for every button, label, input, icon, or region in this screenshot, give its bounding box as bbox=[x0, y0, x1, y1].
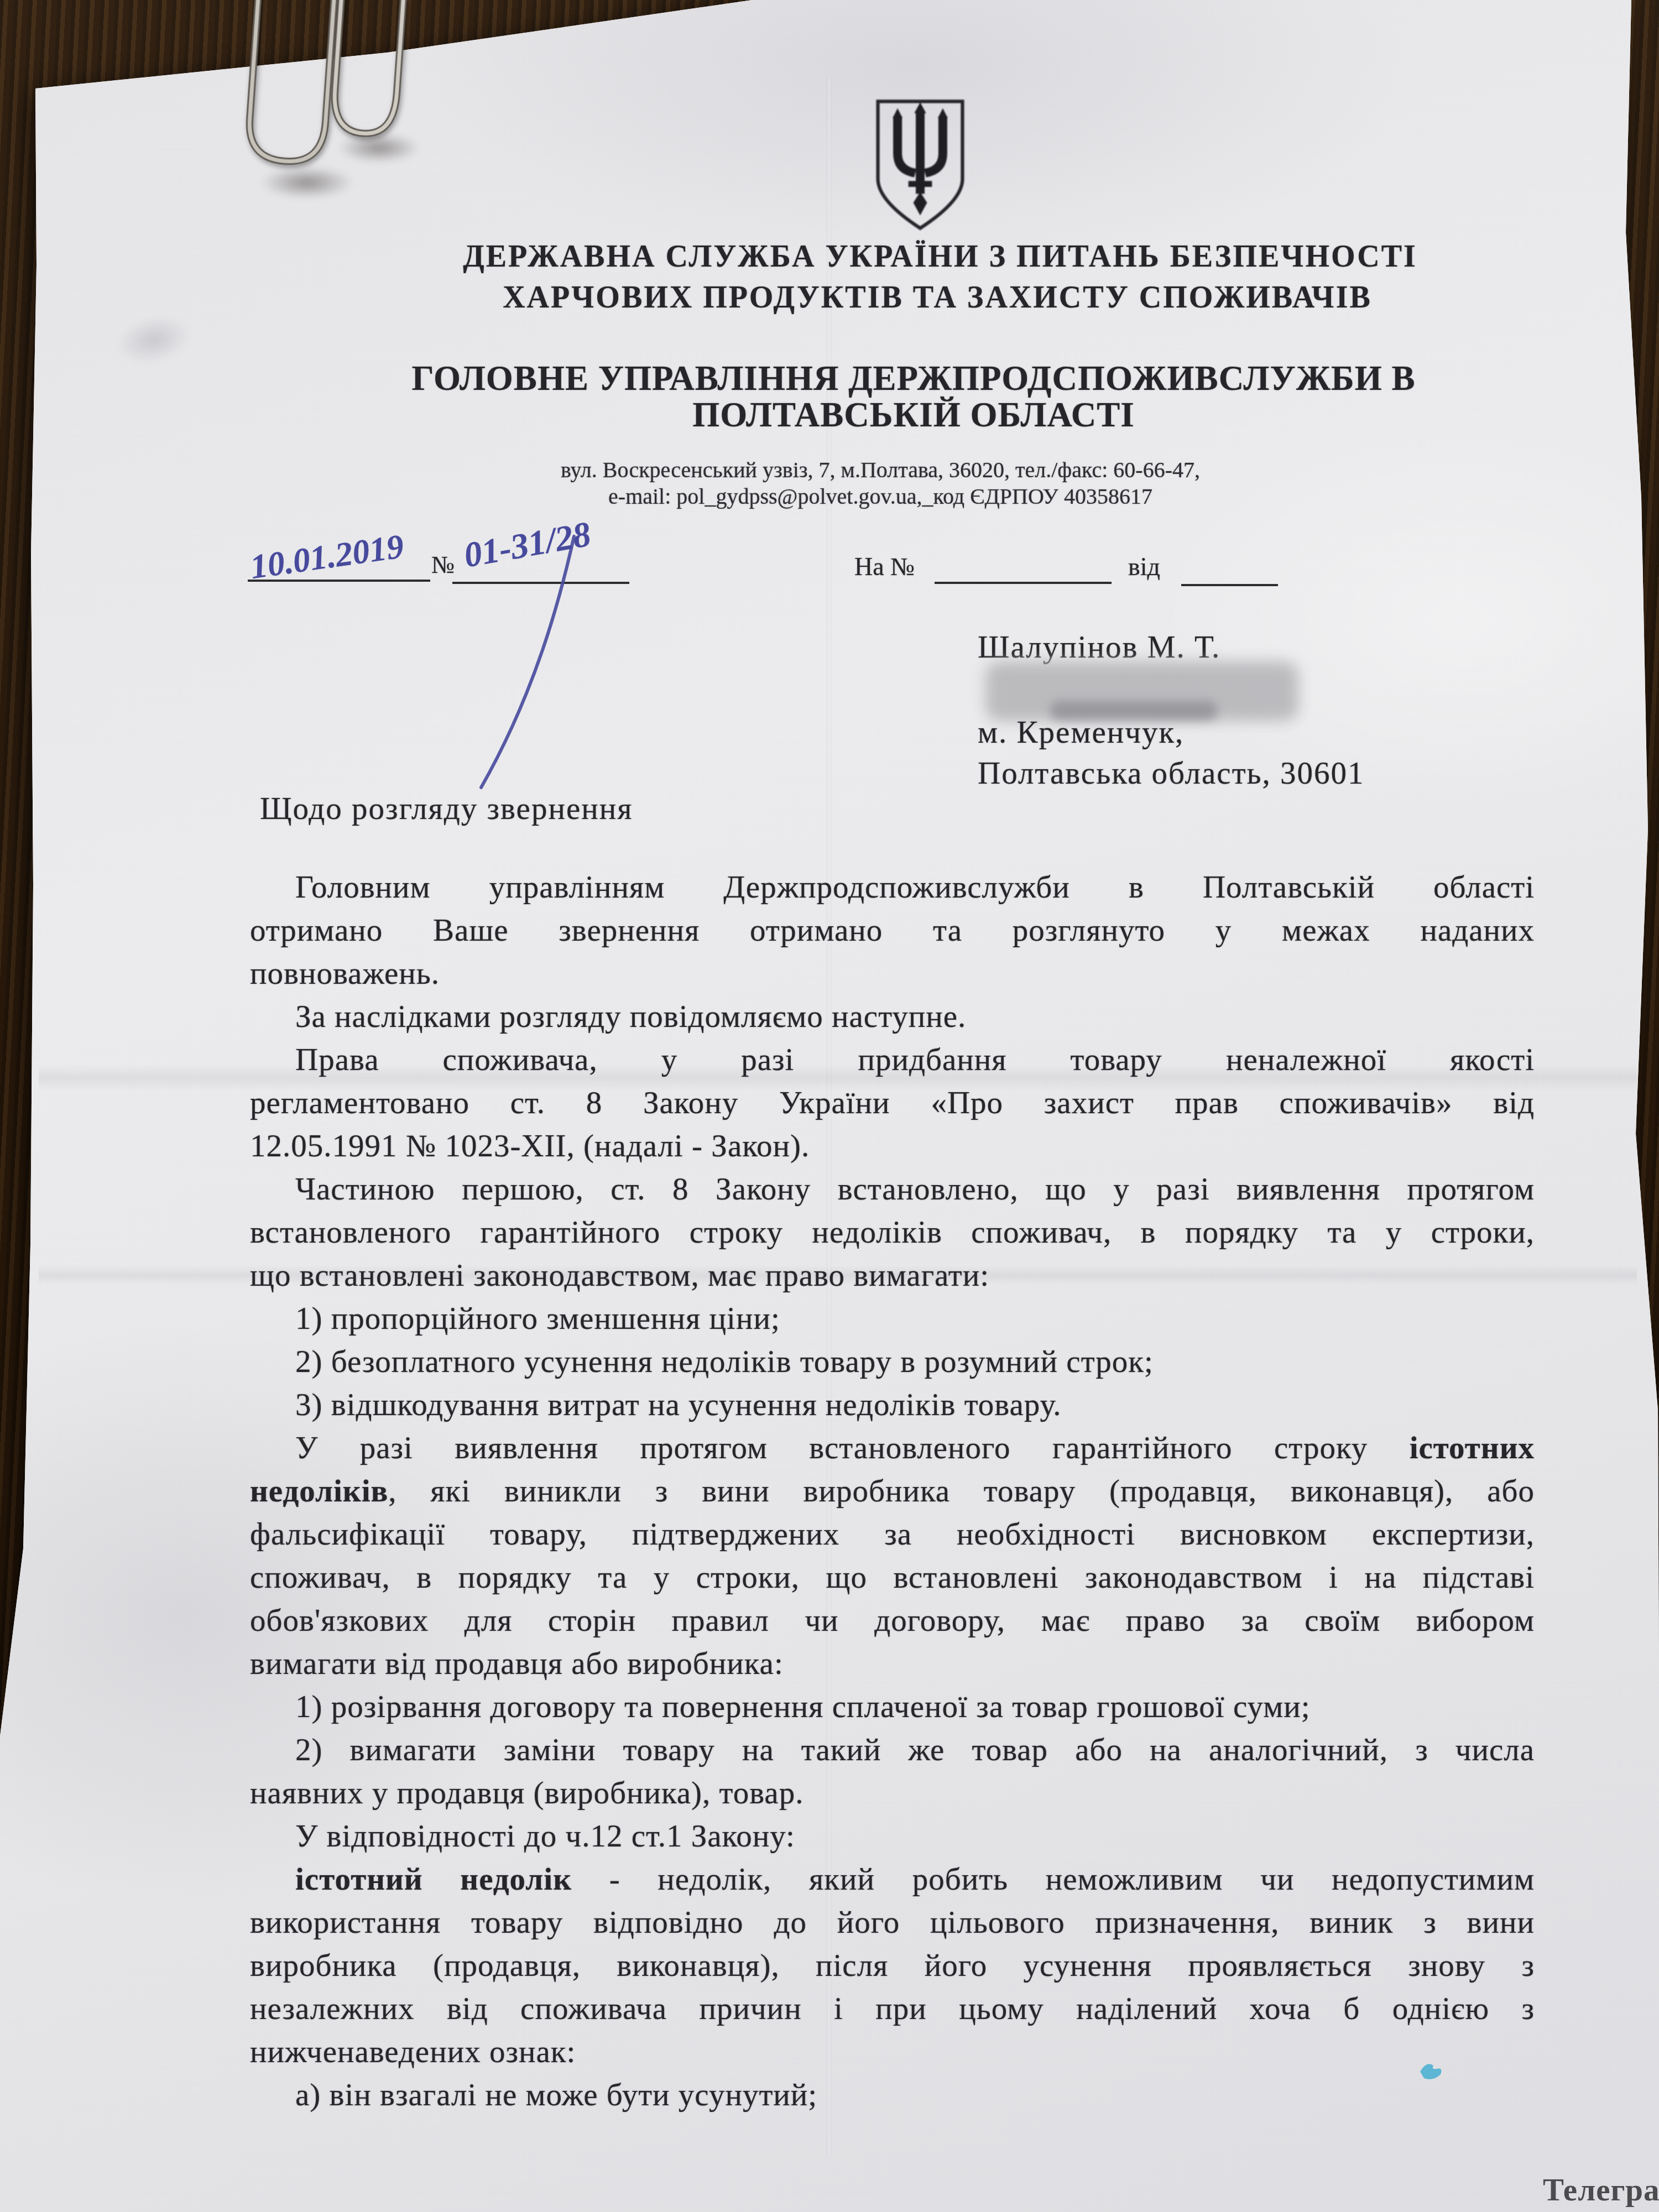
body-line: використання товару відповідно до його ц… bbox=[250, 1901, 1535, 1944]
recipient-name: Шалупінов М. Т. bbox=[978, 629, 1220, 665]
paper-smudge bbox=[111, 307, 197, 372]
body-line: фальсифікації товару, підтверджених за н… bbox=[250, 1513, 1535, 1556]
body-line: істотний недолік - недолік, який робить … bbox=[250, 1858, 1535, 1901]
address-line: вул. Воскресенський узвіз, 7, м.Полтава,… bbox=[561, 457, 1200, 483]
photo-background: { "letterhead": { "emblem_icon": "ukrain… bbox=[0, 0, 1659, 2212]
body-line: У разі виявлення протягом встановленого … bbox=[250, 1427, 1535, 1470]
recipient-region: Полтавська область, 30601 bbox=[978, 755, 1365, 791]
body-line: а) він взагалі не може бути усунутий; bbox=[250, 2074, 1535, 2117]
body-line: 2) безоплатного усунення недоліків товар… bbox=[250, 1340, 1535, 1384]
body-line: що встановлені законодавством, має право… bbox=[250, 1254, 1535, 1297]
org-name-line2: ХАРЧОВИХ ПРОДУКТІВ ТА ЗАХИСТУ СПОЖИВАЧІВ bbox=[503, 280, 1372, 315]
body-line: 12.05.1991 № 1023-XII, (надалі - Закон). bbox=[250, 1125, 1535, 1168]
on-number-underline bbox=[935, 582, 1112, 584]
from-label: від bbox=[1128, 552, 1160, 581]
body-line: повноважень. bbox=[250, 952, 1535, 995]
body-line: наявних у продавця (виробника), товар. bbox=[250, 1772, 1535, 1815]
body-line: вимагати від продавця або виробника: bbox=[250, 1642, 1535, 1686]
body-line: споживач, в порядку та у строки, що вста… bbox=[250, 1556, 1535, 1599]
number-sign-label: № bbox=[431, 551, 455, 579]
paper-sheet: ДЕРЖАВНА СЛУЖБА УКРАЇНИ З ПИТАНЬ БЕЗПЕЧН… bbox=[0, 0, 1659, 2212]
body-line: встановленого гарантійного строку недолі… bbox=[250, 1211, 1535, 1254]
body-line: Головним управлінням Держпродспоживслужб… bbox=[250, 866, 1535, 909]
date-underline bbox=[248, 580, 430, 582]
body-line: регламентовано ст. 8 Закону України «Про… bbox=[250, 1082, 1535, 1125]
pen-stroke bbox=[469, 526, 585, 797]
body-line: У відповідності до ч.12 ст.1 Закону: bbox=[250, 1815, 1535, 1858]
department-line1: ГОЛОВНЕ УПРАВЛІННЯ ДЕРЖПРОДСПОЖИВСЛУЖБИ … bbox=[412, 358, 1416, 399]
subject-line: Щодо розгляду звернення bbox=[260, 791, 633, 827]
body-line: незалежних від споживача причин і при ць… bbox=[250, 1987, 1535, 2031]
ukraine-trident-icon bbox=[871, 98, 969, 231]
blue-ink-mark bbox=[1417, 2058, 1446, 2084]
email-edrpou-line: e-mail: pol_gydpss@polvet.gov.ua,_код ЄД… bbox=[608, 483, 1152, 509]
body-line: 1) розірвання договору та повернення спл… bbox=[250, 1686, 1535, 1729]
paper-shadow: ДЕРЖАВНА СЛУЖБА УКРАЇНИ З ПИТАНЬ БЕЗПЕЧН… bbox=[0, 0, 1659, 2212]
body-line: обов'язкових для сторін правил чи догово… bbox=[250, 1599, 1535, 1642]
body-line: отримано Ваше звернення отримано та розг… bbox=[250, 909, 1535, 952]
department-line2: ПОЛТАВСЬКІЙ ОБЛАСТІ bbox=[692, 395, 1135, 435]
body-line: 1) пропорційного зменшення ціни; bbox=[250, 1297, 1535, 1340]
body-line: Частиною першою, ст. 8 Закону встановлен… bbox=[250, 1168, 1535, 1211]
on-number-label: На № bbox=[854, 552, 915, 581]
paper-clip-icon bbox=[213, 0, 418, 202]
body-line: нижченаведених ознак: bbox=[250, 2031, 1535, 2074]
org-name-line1: ДЕРЖАВНА СЛУЖБА УКРАЇНИ З ПИТАНЬ БЕЗПЕЧН… bbox=[463, 239, 1417, 274]
recipient-city: м. Кременчук, bbox=[978, 714, 1184, 750]
body-line: 2) вимагати заміни товару на такий же то… bbox=[250, 1729, 1535, 1772]
from-underline bbox=[1181, 584, 1278, 586]
body-line: Права споживача, у разі придбання товару… bbox=[250, 1039, 1535, 1082]
handwritten-date: 10.01.2019 bbox=[248, 527, 406, 587]
watermark: ТелеграфЪ bbox=[1543, 2172, 1659, 2208]
body-line: недоліків, які виникли з вини виробника … bbox=[250, 1470, 1535, 1513]
body-line: За наслідками розгляду повідомляємо наст… bbox=[250, 995, 1535, 1039]
watermark-gray-text: Телеграф bbox=[1543, 2173, 1659, 2208]
body-text: Головним управлінням Держпродспоживслужб… bbox=[250, 866, 1535, 2117]
body-line: 3) відшкодування витрат на усунення недо… bbox=[250, 1384, 1535, 1427]
body-line: виробника (продавця, виконавця), після й… bbox=[250, 1944, 1535, 1987]
